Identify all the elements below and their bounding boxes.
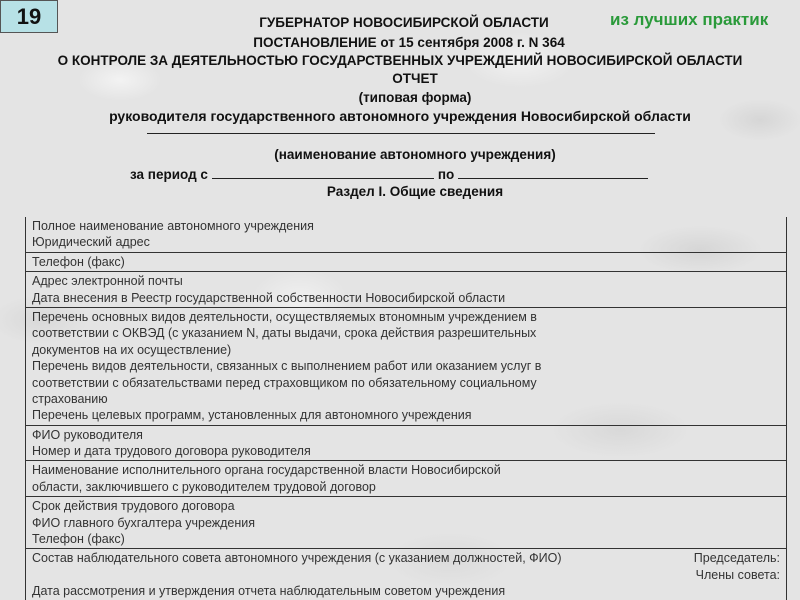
board-members: Члены совета:: [696, 567, 786, 583]
report-of: руководителя государственного автономног…: [0, 108, 800, 124]
field-legal-address: Юридический адрес: [32, 234, 786, 250]
period-line: за период спо: [130, 166, 648, 182]
field-activities-cont: соответствии с ОКВЭД (с указанием N, дат…: [32, 325, 786, 341]
subject-heading: О КОНТРОЛЕ ЗА ДЕЯТЕЛЬНОСТЬЮ ГОСУДАРСТВЕН…: [0, 53, 800, 68]
institution-name-field[interactable]: [147, 133, 655, 134]
field-approval-date: Дата рассмотрения и утверждения отчета н…: [32, 583, 786, 599]
period-from-field[interactable]: [212, 166, 434, 179]
table-row: Перечень основных видов деятельности, ос…: [26, 308, 786, 426]
field-insurance-activities-cont: страхованию: [32, 391, 786, 407]
field-director-name: ФИО руководителя: [32, 427, 786, 443]
form-type: (типовая форма): [0, 90, 800, 105]
section-title: Раздел I. Общие сведения: [0, 184, 800, 199]
field-email: Адрес электронной почты: [32, 273, 786, 289]
general-info-table: Полное наименование автономного учрежден…: [25, 217, 787, 600]
field-contract-term: Срок действия трудового договора: [32, 498, 786, 514]
table-row: Наименование исполнительного органа госу…: [26, 461, 786, 497]
period-from-label: за период с: [130, 167, 208, 182]
table-row: Телефон (факс): [26, 253, 786, 272]
table-row: Полное наименование автономного учрежден…: [26, 217, 786, 253]
field-executive-body-cont: области, заключившего с руководителем тр…: [32, 479, 786, 495]
table-row: Состав наблюдательного совета автономног…: [26, 549, 786, 600]
decree-heading: ПОСТАНОВЛЕНИЕ от 15 сентября 2008 г. N 3…: [0, 35, 800, 50]
field-accountant-name: ФИО главного бухгалтера учреждения: [32, 515, 786, 531]
field-activities-cont: документов на их осуществление): [32, 342, 786, 358]
field-executive-body: Наименование исполнительного органа госу…: [32, 462, 786, 478]
field-insurance-activities: Перечень видов деятельности, связанных с…: [32, 358, 786, 374]
institution-caption: (наименование автономного учреждения): [0, 147, 800, 162]
field-target-programs: Перечень целевых программ, установленных…: [32, 407, 786, 423]
field-insurance-activities-cont: соответствии с обязательствами перед стр…: [32, 375, 786, 391]
field-full-name: Полное наименование автономного учрежден…: [32, 218, 786, 234]
field-activities: Перечень основных видов деятельности, ос…: [32, 309, 786, 325]
board-chairman: Председатель:: [694, 550, 786, 566]
field-phone: Телефон (факс): [32, 254, 786, 270]
field-board-composition: Состав наблюдательного совета автономног…: [32, 550, 562, 566]
table-row: ФИО руководителя Номер и дата трудового …: [26, 426, 786, 462]
table-row: Адрес электронной почты Дата внесения в …: [26, 272, 786, 308]
field-accountant-phone: Телефон (факс): [32, 531, 786, 547]
table-row: Срок действия трудового договора ФИО гла…: [26, 497, 786, 549]
field-registry-date: Дата внесения в Реестр государственной с…: [32, 290, 786, 306]
report-heading: ОТЧЕТ: [0, 71, 800, 86]
period-to-label: по: [438, 167, 454, 182]
board-members-row: Члены совета:: [32, 567, 786, 583]
board-row: Состав наблюдательного совета автономног…: [32, 550, 786, 566]
period-to-field[interactable]: [458, 166, 648, 179]
field-contract-number: Номер и дата трудового договора руководи…: [32, 443, 786, 459]
governor-heading: ГУБЕРНАТОР НОВОСИБИРСКОЙ ОБЛАСТИ: [0, 15, 800, 30]
